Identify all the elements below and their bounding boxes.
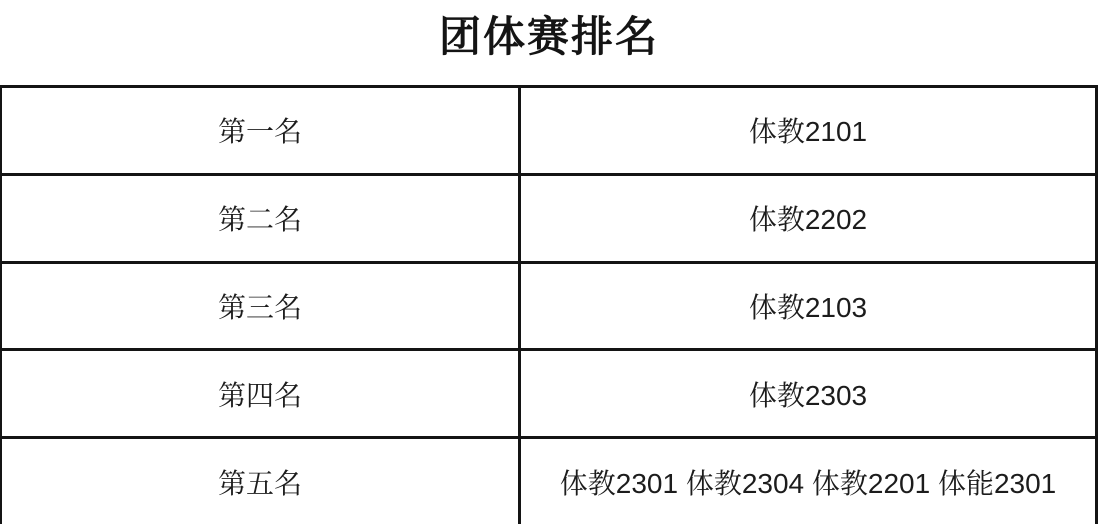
team-cell-2: 体教2202 [521,176,1095,261]
rank-cell-4: 第四名 [2,351,521,436]
rank-cell-2: 第二名 [2,176,521,261]
team-ranking-page: 团体赛排名 第一名 体教2101 第二名 体教2202 第三名 体教2103 第… [0,0,1098,524]
table-row-1: 第一名 体教2101 [2,88,1095,176]
team-cell-4: 体教2303 [521,351,1095,436]
table-row-4: 第四名 体教2303 [2,351,1095,439]
team-cell-5: 体教2301 体教2304 体教2201 体能2301 [521,439,1095,524]
team-cell-1: 体教2101 [521,88,1095,173]
page-title: 团体赛排名 [439,16,659,70]
rank-cell-1: 第一名 [2,88,521,173]
table-row-2: 第二名 体教2202 [2,176,1095,264]
title-bar: 团体赛排名 [0,0,1098,85]
rank-cell-5: 第五名 [2,439,521,524]
rank-cell-3: 第三名 [2,264,521,349]
ranking-table: 第一名 体教2101 第二名 体教2202 第三名 体教2103 第四名 体教2… [0,85,1098,524]
table-row-5: 第五名 体教2301 体教2304 体教2201 体能2301 [2,439,1095,524]
table-row-3: 第三名 体教2103 [2,264,1095,352]
team-cell-3: 体教2103 [521,264,1095,349]
